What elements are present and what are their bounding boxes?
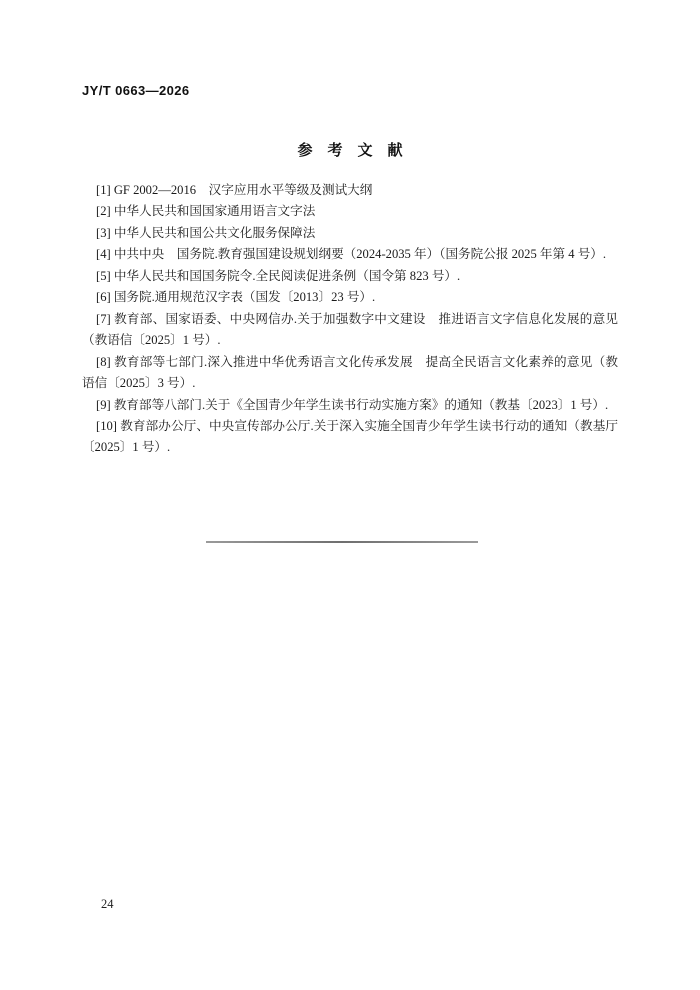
reference-item: [2] 中华人民共和国国家通用语言文字法 <box>82 201 618 222</box>
reference-item: [4] 中共中央 国务院.教育强国建设规划纲要（2024-2035 年）（国务院… <box>82 244 618 265</box>
reference-list: [1] GF 2002—2016 汉字应用水平等级及测试大纲 [2] 中华人民共… <box>82 180 618 459</box>
document-code: JY/T 0663—2026 <box>82 83 190 98</box>
reference-item: [1] GF 2002—2016 汉字应用水平等级及测试大纲 <box>82 180 618 201</box>
references-title: 参 考 文 献 <box>0 139 700 160</box>
reference-item: [8] 教育部等七部门.深入推进中华优秀语言文化传承发展 提高全民语言文化素养的… <box>82 352 618 395</box>
reference-item: [9] 教育部等八部门.关于《全国青少年学生读书行动实施方案》的通知（教基〔20… <box>82 395 618 416</box>
reference-item: [7] 教育部、国家语委、中央网信办.关于加强数字中文建设 推进语言文字信息化发… <box>82 309 618 352</box>
document-page: JY/T 0663—2026 参 考 文 献 [1] GF 2002—2016 … <box>0 0 700 990</box>
reference-item: [5] 中华人民共和国国务院令.全民阅读促进条例（国令第 823 号）. <box>82 266 618 287</box>
reference-item: [6] 国务院.通用规范汉字表（国发〔2013〕23 号）. <box>82 287 618 308</box>
reference-item: [10] 教育部办公厅、中央宣传部办公厅.关于深入实施全国青少年学生读书行动的通… <box>82 416 618 459</box>
reference-item: [3] 中华人民共和国公共文化服务保障法 <box>82 223 618 244</box>
footnote-divider <box>206 541 478 543</box>
page-number: 24 <box>101 897 114 912</box>
